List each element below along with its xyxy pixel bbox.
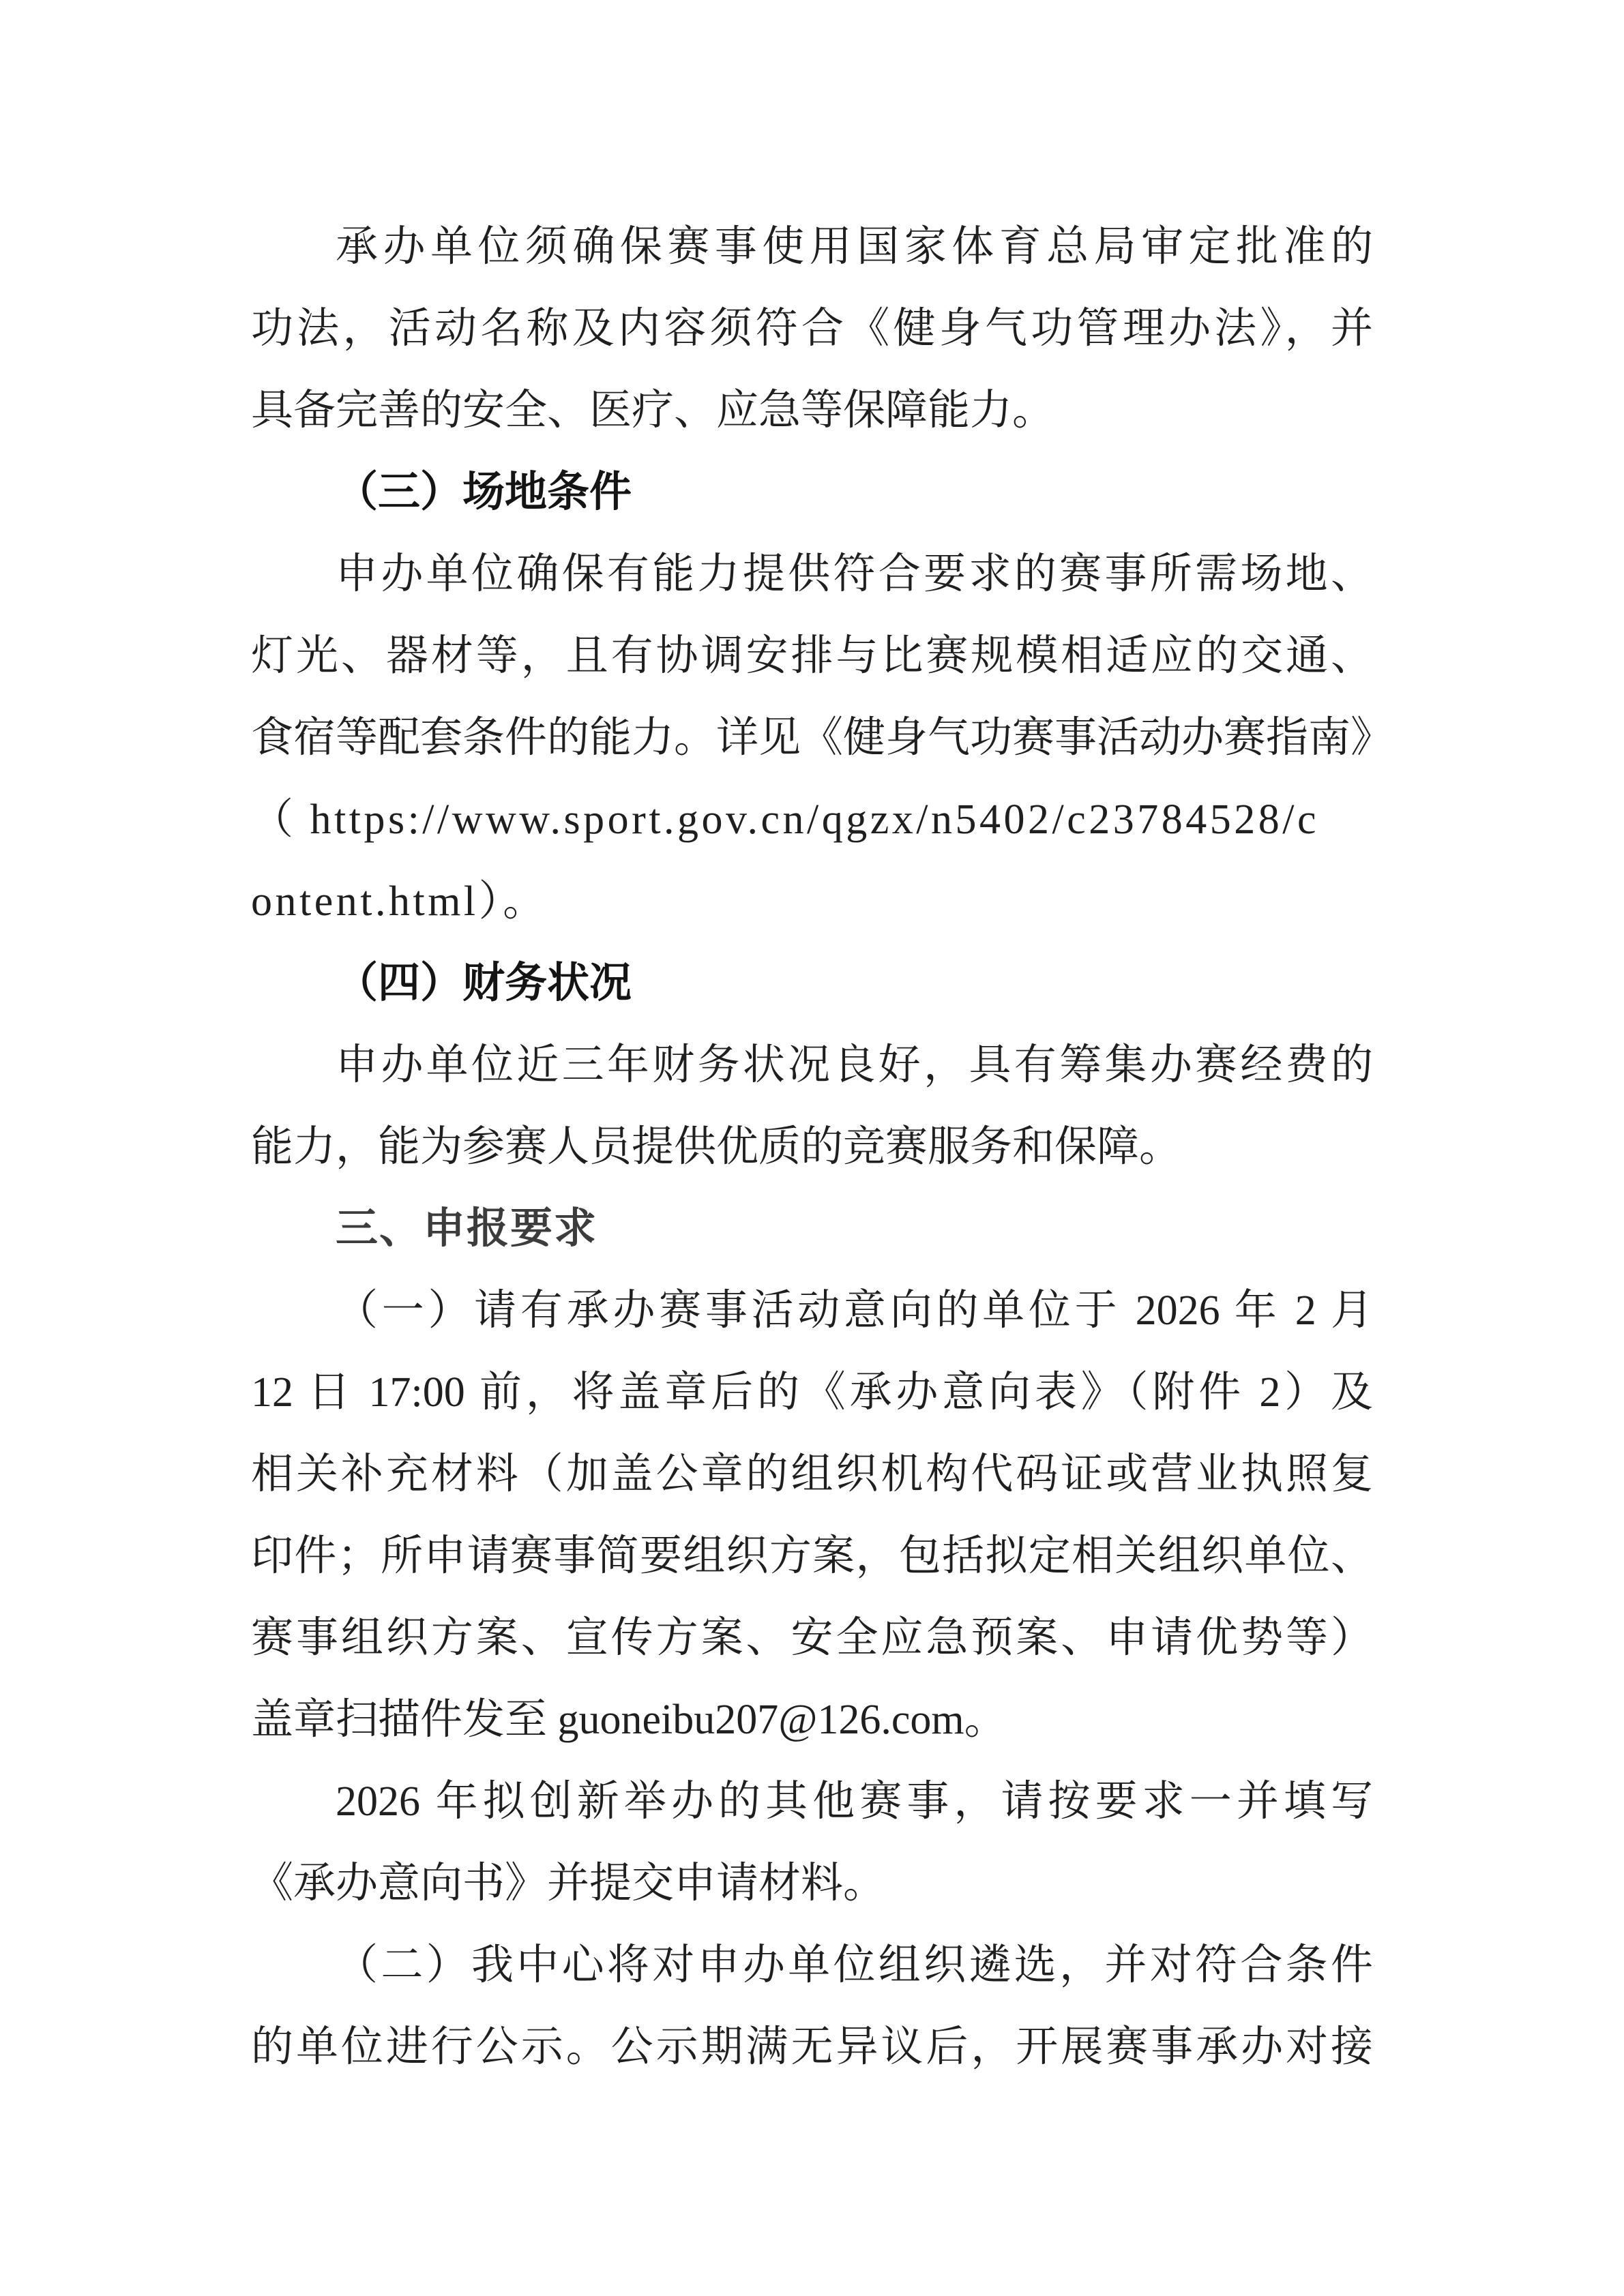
text-line: 申办单位近三年财务状况良好，具有筹集办赛经费的 [251, 1024, 1373, 1106]
text-line: 功法，活动名称及内容须符合《健身气功管理办法》，并 [251, 288, 1373, 370]
text-line: 承办单位须确保赛事使用国家体育总局审定批准的 [251, 206, 1373, 288]
text-line: 印件；所申请赛事简要组织方案，包括拟定相关组织单位、 [251, 1515, 1373, 1597]
text-line: 食宿等配套条件的能力。详见《健身气功赛事活动办赛指南》 [251, 697, 1373, 779]
text-line: 《承办意向书》并提交申请材料。 [251, 1843, 1373, 1924]
text-line: 相关补充材料（加盖公章的组织机构代码证或营业执照复 [251, 1433, 1373, 1515]
document-page: 承办单位须确保赛事使用国家体育总局审定批准的功法，活动名称及内容须符合《健身气功… [0, 0, 1624, 2296]
hei-heading-line: 三、申报要求 [251, 1188, 1373, 1270]
document-text-block: 承办单位须确保赛事使用国家体育总局审定批准的功法，活动名称及内容须符合《健身气功… [251, 206, 1373, 2088]
text-line: （二）我中心将对申办单位组织遴选，并对符合条件 [251, 1924, 1373, 2006]
text-line: 盖章扫描件发至 guoneibu207@126.com。 [251, 1679, 1373, 1761]
text-line: 能力，能为参赛人员提供优质的竞赛服务和保障。 [251, 1106, 1373, 1188]
text-line: 灯光、器材等，且有协调安排与比赛规模相适应的交通、 [251, 615, 1373, 697]
kai-heading-line: （三）场地条件 [251, 451, 1373, 533]
kai-heading-line: （四）财务状况 [251, 942, 1373, 1024]
text-line: 12 日 17:00 前，将盖章后的《承办意向表》（附件 2）及 [251, 1352, 1373, 1433]
text-line: 申办单位确保有能力提供符合要求的赛事所需场地、 [251, 533, 1373, 615]
text-line: 赛事组织方案、宣传方案、安全应急预案、申请优势等） [251, 1597, 1373, 1679]
text-line: ontent.html）。 [251, 861, 1373, 942]
text-line: 具备完善的安全、医疗、应急等保障能力。 [251, 370, 1373, 451]
text-line: （ https://www.sport.gov.cn/qgzx/n5402/c2… [251, 779, 1373, 861]
text-line: 2026 年拟创新举办的其他赛事，请按要求一并填写 [251, 1761, 1373, 1843]
text-line: 的单位进行公示。公示期满无异议后，开展赛事承办对接 [251, 2006, 1373, 2088]
text-line: （一）请有承办赛事活动意向的单位于 2026 年 2 月 [251, 1270, 1373, 1352]
